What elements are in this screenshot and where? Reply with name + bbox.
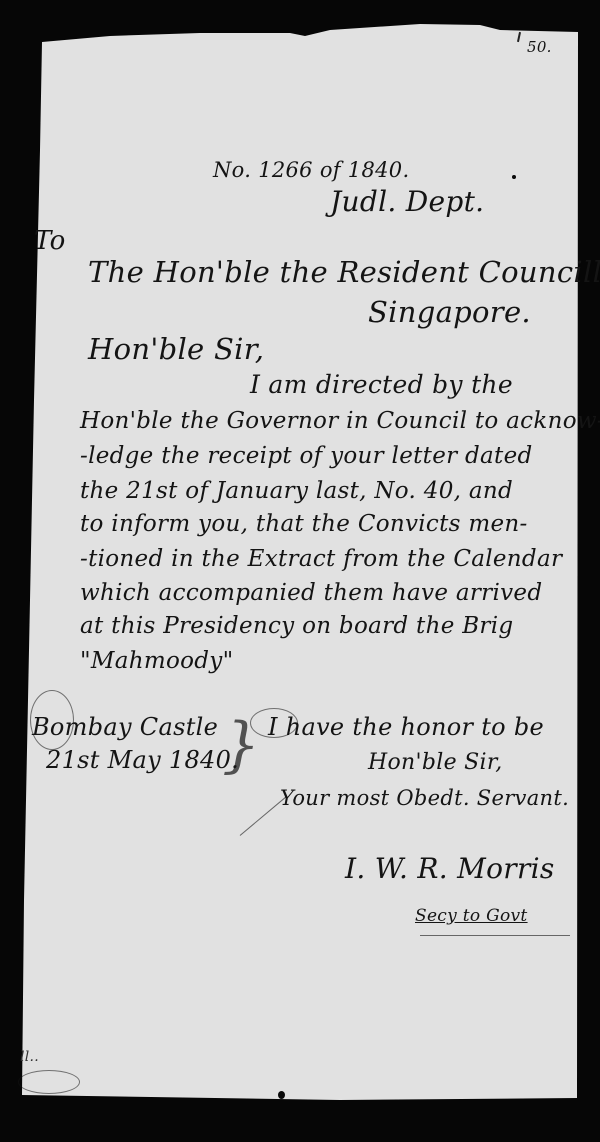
- addressee-line-1: The Hon'ble the Resident Councillor: [88, 258, 600, 287]
- document-scan: 50. No. 1266 of 1840. Judl. Dept. To The…: [0, 0, 600, 1142]
- body-line: -ledge the receipt of your letter dated: [80, 445, 533, 468]
- folio-number: 50.: [527, 40, 552, 55]
- signatory-title: Secy to Govt: [415, 908, 528, 925]
- body-line: I am directed by the: [250, 372, 513, 397]
- closing-line-3: Your most Obedt. Servant.: [280, 788, 569, 809]
- body-line: the 21st of January last, No. 40, and: [80, 480, 513, 503]
- body-line: "Mahmoody": [80, 650, 233, 673]
- closing-line-1: I have the honor to be: [268, 715, 544, 739]
- reference-number: No. 1266 of 1840.: [213, 160, 409, 181]
- place-line: Bombay Castle: [32, 715, 218, 739]
- signature: I. W. R. Morris: [345, 855, 555, 883]
- ink-dot-small: [512, 175, 516, 179]
- greeting: Hon'ble Sir,: [88, 335, 264, 364]
- body-line: Hon'ble the Governor in Council to ackno…: [80, 410, 600, 433]
- ink-dot: [278, 1091, 285, 1099]
- to-label: To: [34, 228, 66, 254]
- margin-note: ll..: [20, 1050, 39, 1064]
- date-line: 21st May 1840.: [46, 748, 239, 772]
- addressee-line-2: Singapore.: [368, 298, 531, 327]
- body-line: -tioned in the Extract from the Calendar: [80, 548, 562, 571]
- closing-line-2: Hon'ble Sir,: [368, 752, 503, 774]
- body-line: to inform you, that the Convicts men-: [80, 513, 528, 536]
- title-underline-swash: [420, 935, 570, 936]
- department-heading: Judl. Dept.: [330, 188, 484, 216]
- margin-flourish: [18, 1070, 80, 1094]
- body-line: at this Presidency on board the Brig: [80, 615, 513, 638]
- body-line: which accompanied them have arrived: [80, 582, 542, 605]
